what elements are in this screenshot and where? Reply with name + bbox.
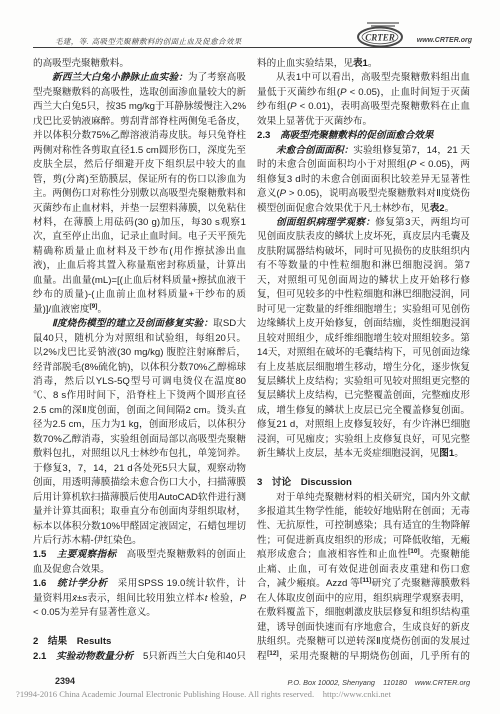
left-column: 的高吸型壳聚糖敷料。新西兰大白兔小静脉止血实验：为了考察高吸型壳聚糖敷料的高吸性… (33, 57, 246, 663)
text-segment: 图1 (439, 448, 454, 459)
paragraph: 未愈合创面面积：实验组修复第7，14，21 天时的未愈合创面面积均小于对照组(P… (257, 144, 470, 216)
copyright-line: ?1994-2016 China Academic Journal Electr… (16, 689, 391, 699)
text-segment: 高吸型壳聚糖敷料的促创面愈合效果 (280, 130, 434, 141)
text-segment: 。 (368, 58, 378, 69)
paragraph: 创面组织病理学观察：修复第3天，两组均可见创面皮肤表皮的鳞状上皮坏死，真皮层内毛… (257, 216, 470, 462)
reference-superscript: [12] (267, 649, 279, 656)
text-segment: 修复第3天，两组均可见创面皮肤表皮的鳞状上皮坏死，真皮层内毛囊及皮肤附属器结构破… (257, 217, 470, 459)
text-segment: 新西兰大白兔小静脉止血实验： (52, 72, 188, 83)
text-segment: < 0.05为差异有显著性意义。 (33, 607, 156, 618)
text-segment: 表示，组间比较用独立样本 (87, 593, 205, 604)
text-segment: 。 (97, 304, 107, 315)
paragraph: 新西兰大白兔小静脉止血实验：为了考察高吸型壳聚糖敷料的高吸性，选取创面渗血量较大… (33, 71, 246, 317)
text-segment: 1.5 (33, 549, 57, 560)
text-segment: 1.6 (33, 578, 57, 589)
journal-page: 毛建，等. 高吸型壳聚糖敷料的创面止血及促愈合效果 CRTER www.CRTE… (0, 0, 500, 714)
paragraph: 的高吸型壳聚糖敷料。 (33, 57, 246, 71)
reference-superscript: [10] (408, 548, 420, 555)
text-segment: 检验， (207, 593, 239, 604)
paragraph: Ⅱ度烧伤模型的建立及创面修复实验：取SD大鼠40只，随机分为对照组和试验组，每组… (33, 317, 246, 548)
text-segment: 未愈合创面面积： (276, 145, 353, 156)
header-rule (33, 47, 470, 48)
text-segment: Ⅱ度烧伤模型的建立及创面修复实验： (52, 318, 213, 329)
text-segment: 表2 (430, 203, 445, 214)
running-title: 毛建，等. 高吸型壳聚糖敷料的创面止血及促愈合效果 (55, 36, 242, 47)
reference-superscript: [11] (360, 577, 371, 584)
paragraph: 从表1中可以看出，高吸型壳聚糖敷料组出血量低于灭菌纱布组(P < 0.05)，止… (257, 71, 470, 129)
text-segment: 的高吸型壳聚糖敷料。 (33, 58, 129, 69)
crter-logo: CRTER www.CRTER.org (347, 20, 472, 48)
text-segment: 2.1 (33, 651, 56, 662)
text-segment: 2.3 (257, 130, 280, 141)
text-segment: P (240, 593, 246, 604)
paragraph: 对于单纯壳聚糖材料的相关研究，国内外文献多报道其生物学性能，能较好地贴附在创面；… (257, 491, 470, 663)
text-segment: 。 (445, 203, 455, 214)
paragraph: 2.1 实验动物数量分析 5只新西兰大白兔和40只SD大鼠均进入结果分析。 (33, 650, 246, 663)
text-segment: 主要观察指标 (57, 549, 117, 560)
text-segment: ，采用壳聚糖的早期烧伤创面，几乎所有的中性粒细胞都处于表皮和真皮之间，有利于表皮… (257, 651, 470, 663)
crter-logo-icon: CRTER (347, 20, 413, 48)
text-segment: 2 结果 Results (33, 636, 111, 647)
text-segment: 研究了壳聚糖薄膜敷料在人体取皮创面中的应用，组织病理学观察表明，在敷料覆盖下，细… (257, 578, 470, 661)
svg-text:CRTER: CRTER (365, 33, 395, 43)
text-segment: 取SD大鼠40只，随机分为对照组和试验组，每组20只。以2%戊巴比妥钠液(30 … (33, 318, 246, 546)
article-body: 的高吸型壳聚糖敷料。新西兰大白兔小静脉止血实验：为了考察高吸型壳聚糖敷料的高吸性… (33, 57, 470, 663)
text-segment: 。 (454, 448, 464, 459)
publisher-address: P.O. Box 10002, Shenyang 110180 www.CRTE… (287, 678, 470, 687)
text-segment: 料的止血实验结果，见 (257, 58, 353, 69)
section-heading: 3 讨论 Discussion (257, 476, 470, 490)
text-segment: 实验动物数量分析 (56, 651, 133, 662)
paragraph: 1.5 主要观察指标 高吸型壳聚糖敷料的创面止血及促愈合效果。 (33, 548, 246, 577)
text-segment: 统计学分析 (57, 578, 108, 589)
text-segment: 为了考察高吸型壳聚糖敷料的高吸性，选取创面渗血量较大的新西兰大白兔5只，按35 … (33, 72, 246, 314)
page-number: 2394 (55, 676, 75, 686)
paragraph: 1.6 统计学分析 采用SPSS 19.0统计软件，计量资料用x̄±s表示，组间… (33, 577, 246, 620)
section-heading: 2 结果 Results (33, 635, 246, 649)
right-column: 料的止血实验结果，见表1。从表1中可以看出，高吸型壳聚糖敷料组出血量低于灭菌纱布… (257, 57, 470, 663)
text-segment: 表1 (353, 58, 368, 69)
paragraph: 料的止血实验结果，见表1。 (257, 57, 470, 71)
text-segment: 创面组织病理学观察： (276, 217, 375, 228)
text-segment: 3 讨论 Discussion (257, 477, 352, 488)
paragraph: 2.3 高吸型壳聚糖敷料的促创面愈合效果 (257, 129, 470, 143)
